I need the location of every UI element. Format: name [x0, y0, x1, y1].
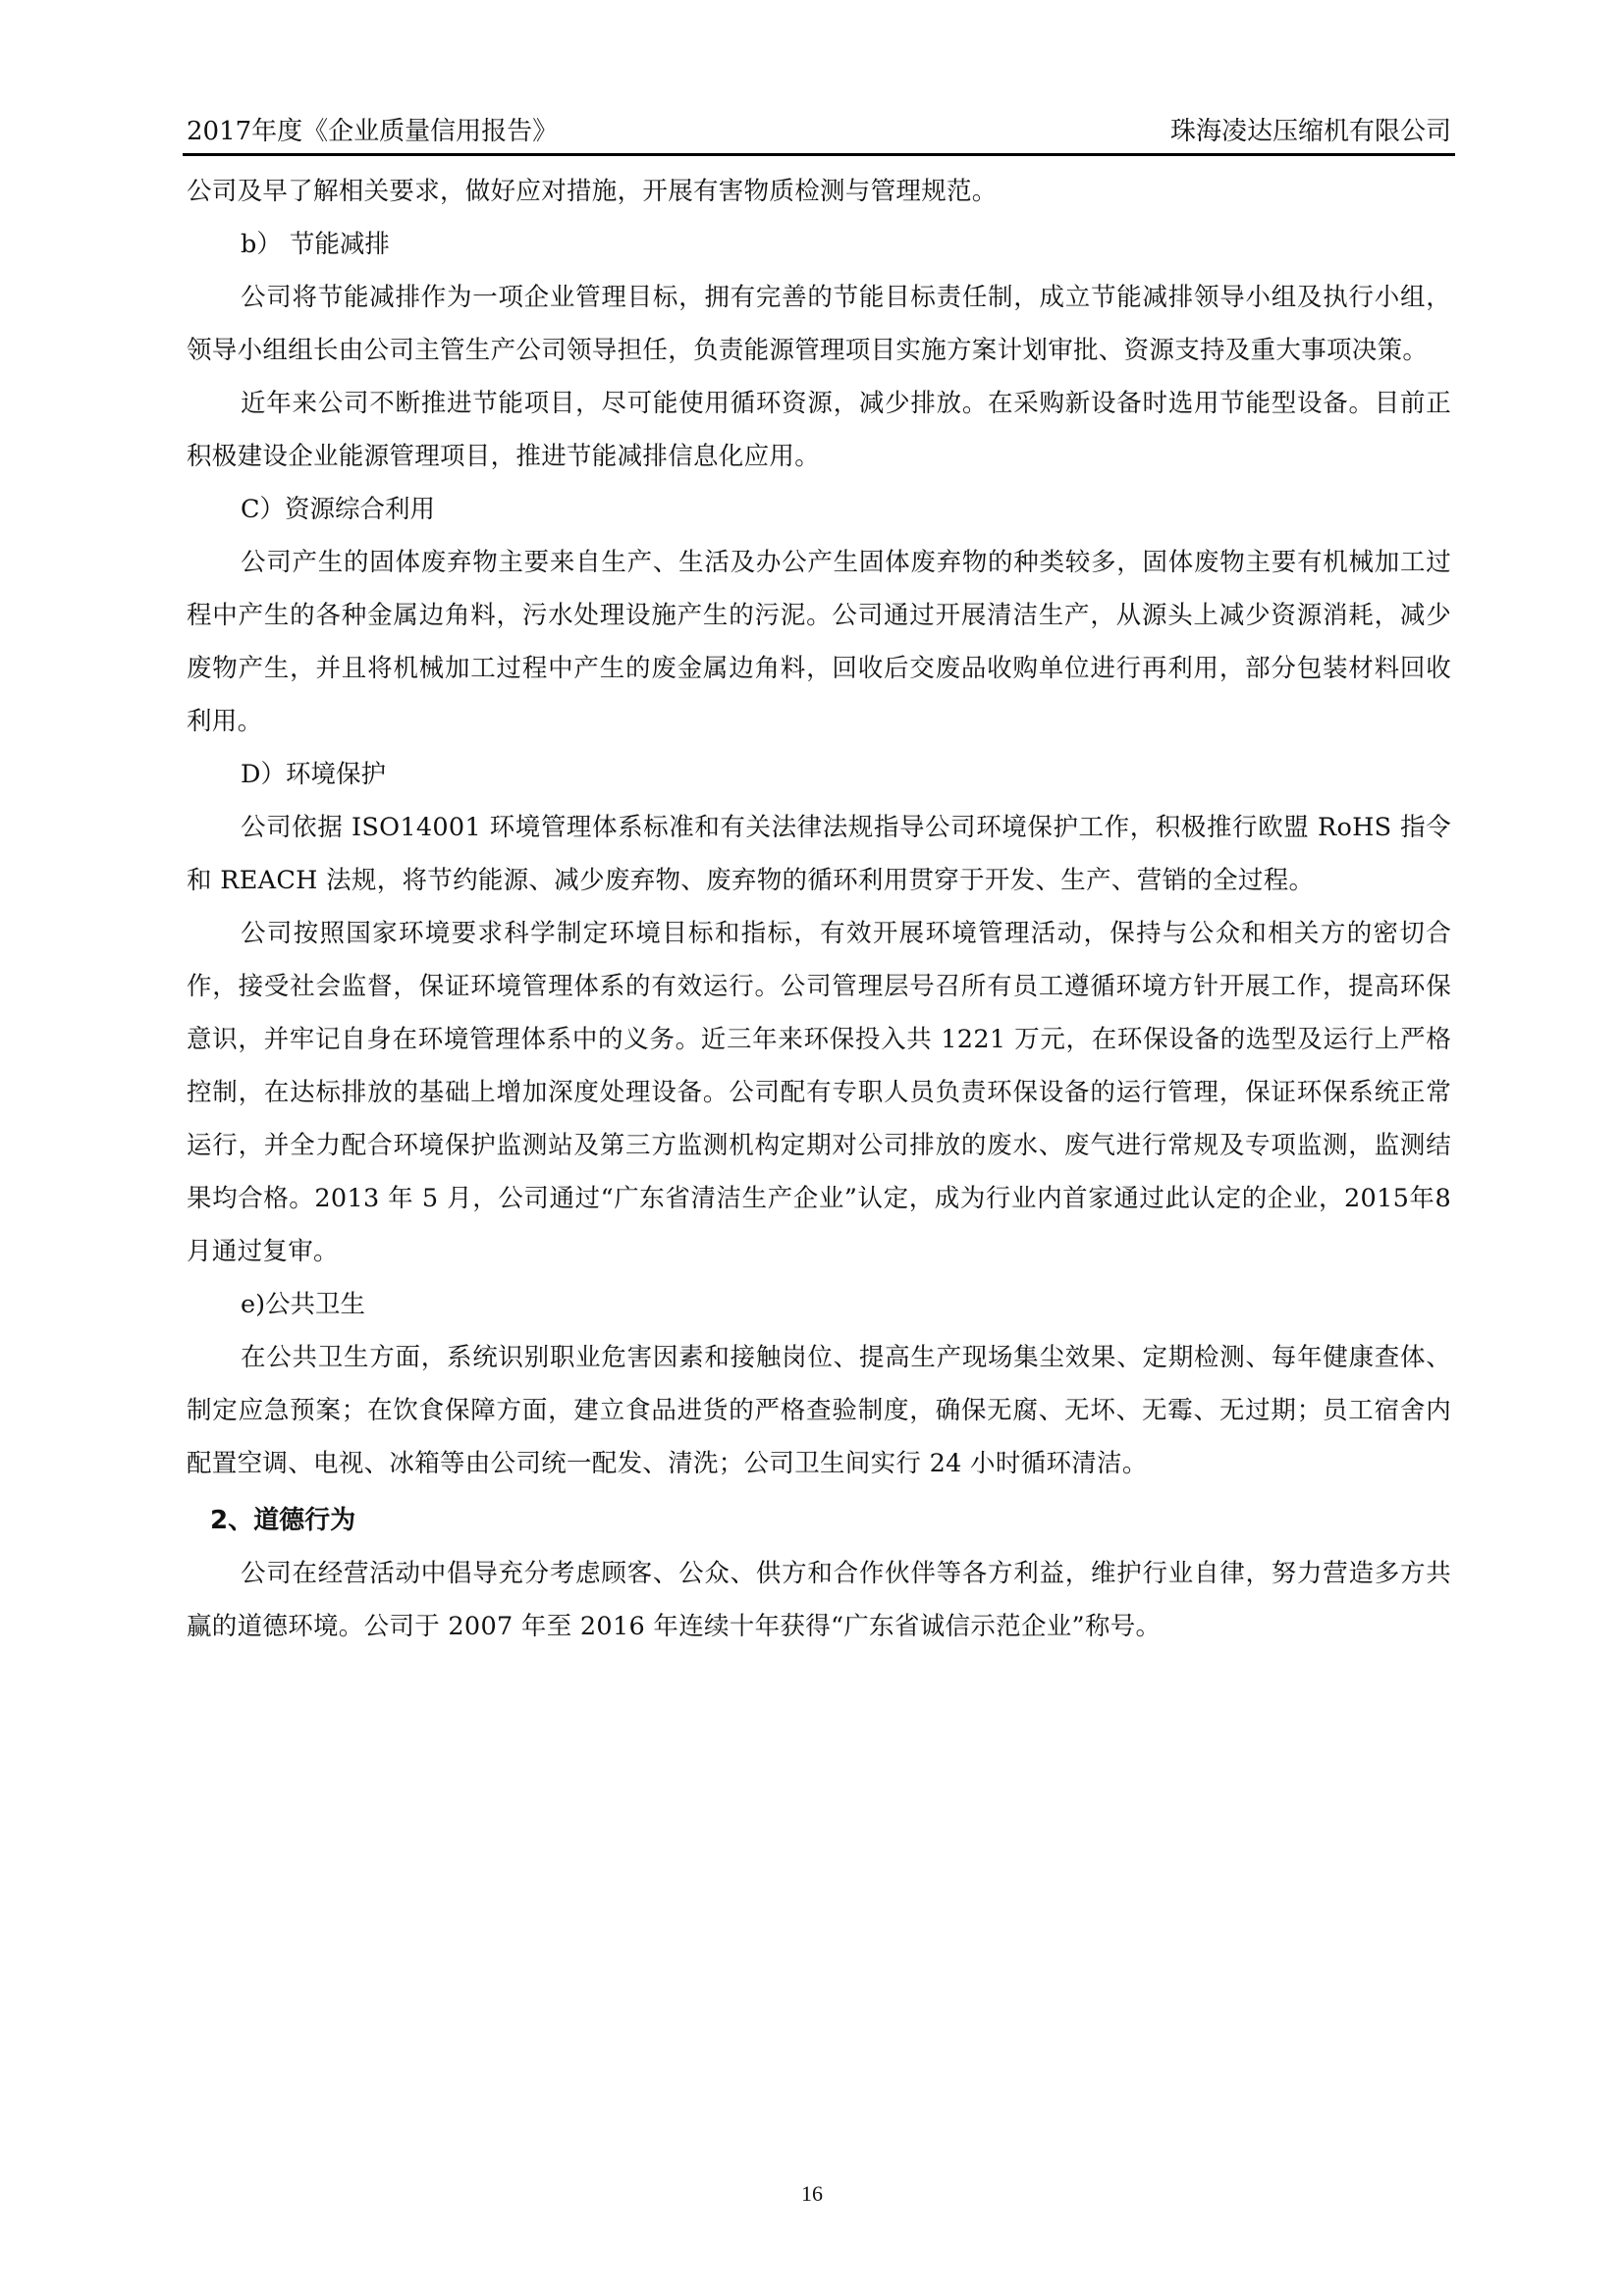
header-divider [183, 153, 1455, 156]
paragraph-energy-saving-2: 近年来公司不断推进节能项目，尽可能使用循环资源，减少排放。在采购新设备时选用节能… [187, 377, 1451, 483]
page-number: 16 [0, 2181, 1624, 2207]
header-report-title: 2017年度《企业质量信用报告》 [187, 114, 558, 149]
subheading-energy-saving: b） 节能减排 [187, 218, 1451, 271]
paragraph-ethical-conduct: 公司在经营活动中倡导充分考虑顾客、公众、供方和合作伙伴等各方利益，维护行业自律，… [187, 1547, 1451, 1653]
paragraph-environmental-protection-2: 公司按照国家环境要求科学制定环境目标和指标，有效开展环境管理活动，保持与公众和相… [187, 907, 1451, 1278]
paragraph-continuation: 公司及早了解相关要求，做好应对措施，开展有害物质检测与管理规范。 [187, 165, 1451, 218]
paragraph-environmental-protection-1: 公司依据 ISO14001 环境管理体系标准和有关法律法规指导公司环境保护工作，… [187, 801, 1451, 907]
document-body: 公司及早了解相关要求，做好应对措施，开展有害物质检测与管理规范。 b） 节能减排… [187, 165, 1451, 1653]
page-header: 2017年度《企业质量信用报告》 珠海凌达压缩机有限公司 [187, 110, 1451, 149]
paragraph-resource-utilization: 公司产生的固体废弃物主要来自生产、生活及办公产生固体废弃物的种类较多，固体废物主… [187, 536, 1451, 748]
paragraph-public-health: 在公共卫生方面，系统识别职业危害因素和接触岗位、提高生产现场集尘效果、定期检测、… [187, 1331, 1451, 1490]
paragraph-energy-saving-1: 公司将节能减排作为一项企业管理目标，拥有完善的节能目标责任制，成立节能减排领导小… [187, 271, 1451, 377]
subheading-public-health: e)公共卫生 [187, 1278, 1451, 1331]
section-title-ethical-conduct: 2、道德行为 [187, 1494, 1451, 1547]
subheading-resource-utilization: C）资源综合利用 [187, 483, 1451, 536]
header-company-name: 珠海凌达压缩机有限公司 [1170, 114, 1451, 149]
subheading-environmental-protection: D）环境保护 [187, 748, 1451, 801]
